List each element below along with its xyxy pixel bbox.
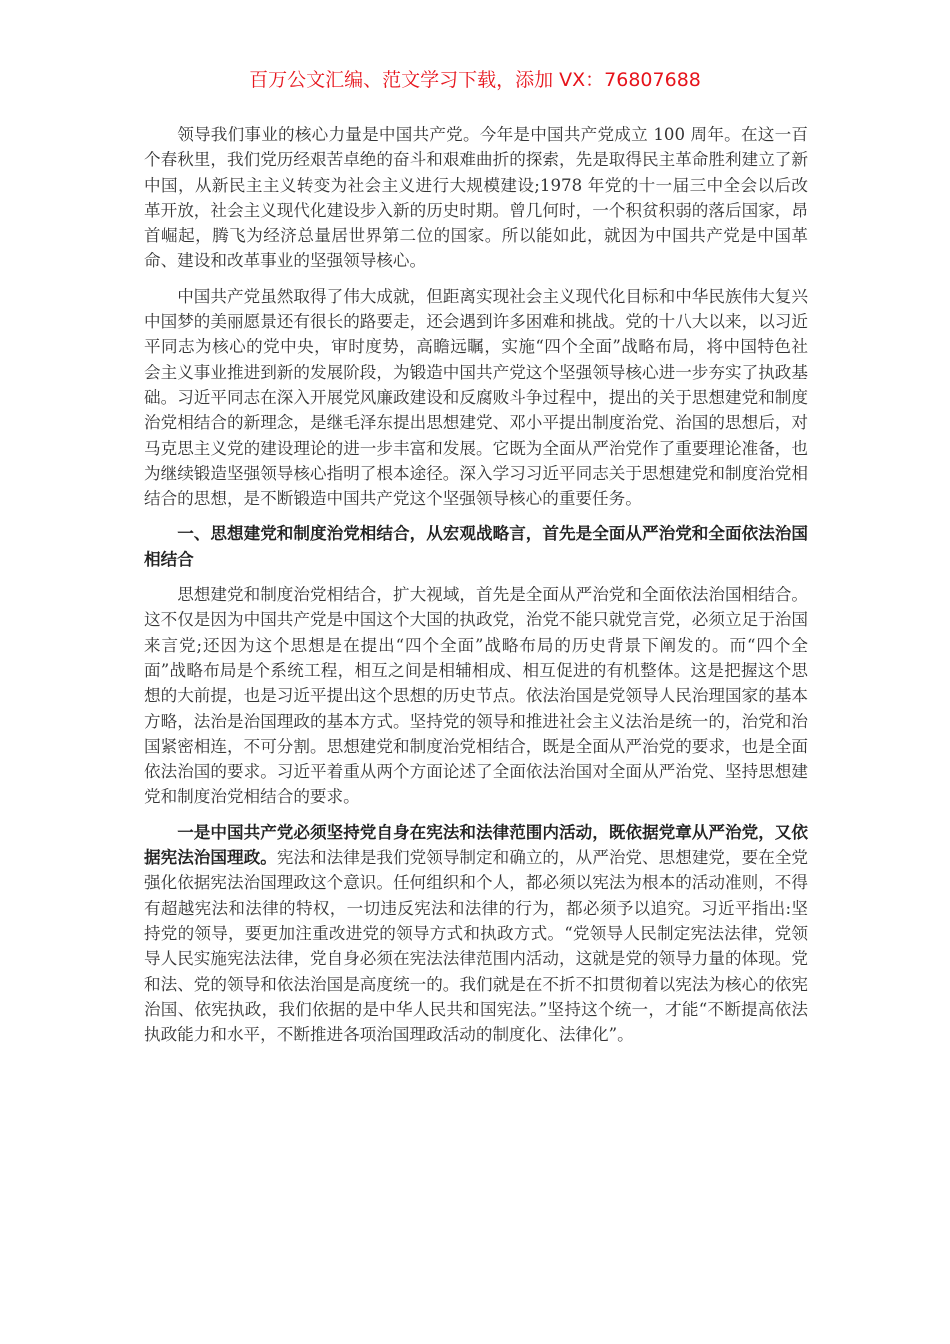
paragraph-section-1: 思想建党和制度治党相结合，扩大视域，首先是全面从严治党和全面依法治国相结合。这不…: [144, 582, 808, 810]
paragraph-point-1: 一是中国共产党必须坚持党自身在宪法和法律范围内活动，既依据党章从严治党，又依据宪…: [144, 820, 808, 1048]
document-body: 领导我们事业的核心力量是中国共产党。今年是中国共产党成立 100 周年。在这一百…: [144, 122, 808, 1047]
section-heading-1: 一、思想建党和制度治党相结合，从宏观战略言，首先是全面从严治党和全面依法治国相结…: [144, 521, 808, 572]
point-1-body: 宪法和法律是我们党领导制定和确立的，从严治党、思想建党，要在全党强化依据宪法治国…: [144, 848, 808, 1044]
paragraph-achievements: 中国共产党虽然取得了伟大成就，但距离实现社会主义现代化目标和中华民族伟大复兴中国…: [144, 284, 808, 512]
promo-banner: 百万公文汇编、范文学习下载，添加 VX：76807688: [0, 66, 950, 94]
paragraph-intro: 领导我们事业的核心力量是中国共产党。今年是中国共产党成立 100 周年。在这一百…: [144, 122, 808, 274]
